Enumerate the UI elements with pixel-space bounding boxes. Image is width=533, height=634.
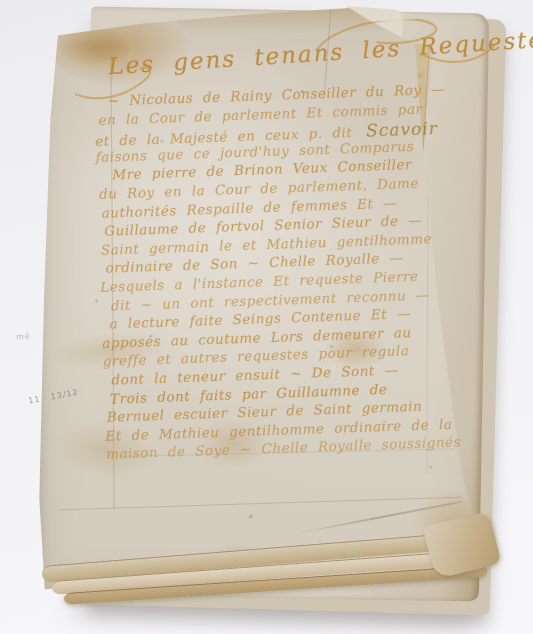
ruled-line-horizontal: [59, 497, 461, 511]
manuscript-text: Les gens tenans les Requestes ~ Nicolaus…: [92, 37, 468, 465]
foxing-spots: [37, 5, 40, 8]
manuscript-photo: Les gens tenans les Requestes ~ Nicolaus…: [0, 0, 533, 634]
pencil-mark: mé: [16, 331, 31, 341]
